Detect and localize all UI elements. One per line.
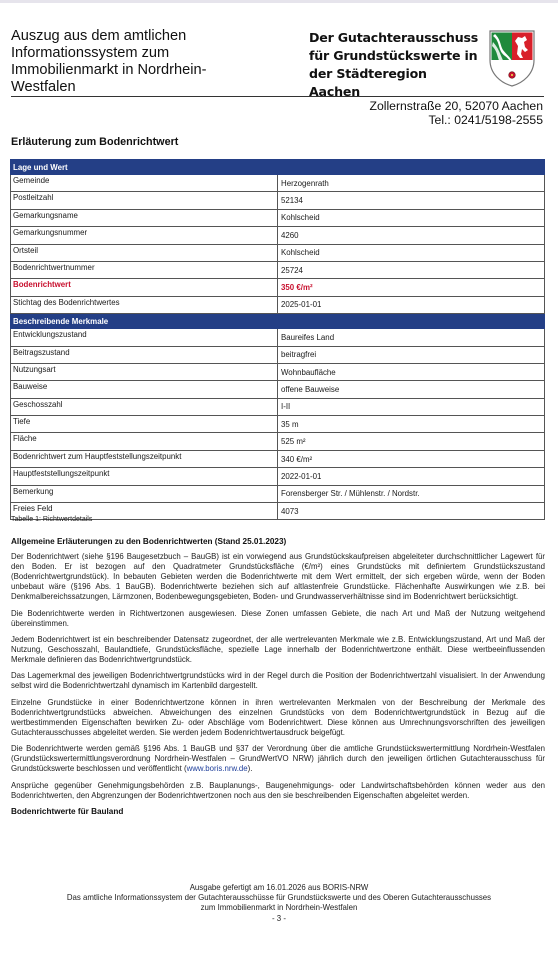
- row-label: Gemeinde: [11, 175, 278, 192]
- row-label: Bauweise: [11, 381, 278, 398]
- row-label: Postleitzahl: [11, 192, 278, 209]
- paragraph-with-link: Die Bodenrichtwerte werden gemäß §196 Ab…: [11, 744, 545, 774]
- row-value: Kohlscheid: [278, 209, 545, 226]
- address: Zollernstraße 20, 52070 Aachen: [370, 99, 543, 113]
- table-row: Hauptfeststellungszeitpunkt2022-01-01: [11, 468, 545, 485]
- section-title: Erläuterung zum Bodenrichtwert: [11, 136, 178, 148]
- authority-line: Der Gutachterausschuss: [309, 29, 479, 47]
- row-value: 340 €/m²: [278, 450, 545, 467]
- top-strip: [0, 0, 558, 3]
- table-row: GemarkungsnameKohlscheid: [11, 209, 545, 226]
- table-section-header: Lage und Wert: [11, 160, 545, 175]
- table-row: Tiefe35 m: [11, 416, 545, 433]
- row-label: Bodenrichtwertnummer: [11, 261, 278, 278]
- row-value: Herzogenrath: [278, 175, 545, 192]
- table-row: Stichtag des Bodenrichtwertes2025-01-01: [11, 296, 545, 313]
- row-value: I-II: [278, 398, 545, 415]
- table-section-header: Beschreibende Merkmale: [11, 314, 545, 329]
- row-label: Hauptfeststellungszeitpunkt: [11, 468, 278, 485]
- row-label: Ortsteil: [11, 244, 278, 261]
- row-value: Baureifes Land: [278, 329, 545, 346]
- footer-line: Ausgabe gefertigt am 16.01.2026 aus BORI…: [0, 883, 558, 893]
- table-row: Bodenrichtwertnummer25724: [11, 261, 545, 278]
- title-line: Westfalen: [11, 79, 266, 96]
- table-row: GemeindeHerzogenrath: [11, 175, 545, 192]
- row-label: Entwicklungszustand: [11, 329, 278, 346]
- row-label: Beitragszustand: [11, 346, 278, 363]
- row-value: Wohnbaufläche: [278, 363, 545, 380]
- paragraph-text: ).: [248, 764, 253, 773]
- row-value: Kohlscheid: [278, 244, 545, 261]
- section-header-label: Beschreibende Merkmale: [11, 314, 545, 329]
- nrw-coat-of-arms-icon: [487, 28, 537, 88]
- paragraph: Der Bodenrichtwert (siehe §196 Baugesetz…: [11, 552, 545, 602]
- boris-link[interactable]: www.boris.nrw.de: [187, 764, 248, 773]
- table-caption: Tabelle 1: Richtwertdetails: [11, 516, 92, 523]
- table-row: NutzungsartWohnbaufläche: [11, 363, 545, 380]
- paragraph: Ansprüche gegenüber Genehmigungsbehörden…: [11, 781, 545, 801]
- title-line: Immobilienmarkt in Nordrhein-: [11, 62, 266, 79]
- footer-line: Das amtliche Informationssystem der Guta…: [0, 893, 558, 903]
- table-row: EntwicklungszustandBaureifes Land: [11, 329, 545, 346]
- paragraph-text: Die Bodenrichtwerte werden gemäß §196 Ab…: [11, 744, 545, 773]
- explanations-heading: Allgemeine Erläuterungen zu den Bodenric…: [11, 537, 545, 547]
- row-label: Geschosszahl: [11, 398, 278, 415]
- document-title: Auszug aus dem amtlichen Informationssys…: [11, 28, 266, 96]
- title-line: Informationssystem zum: [11, 45, 266, 62]
- row-label: Gemarkungsnummer: [11, 227, 278, 244]
- row-label: Nutzungsart: [11, 363, 278, 380]
- table-row: Gemarkungsnummer4260: [11, 227, 545, 244]
- row-label: Tiefe: [11, 416, 278, 433]
- row-label: Bodenrichtwert zum Hauptfeststellungszei…: [11, 450, 278, 467]
- table-row: OrtsteilKohlscheid: [11, 244, 545, 261]
- row-value: 525 m²: [278, 433, 545, 450]
- table-row: BemerkungForensberger Str. / Mühlenstr. …: [11, 485, 545, 502]
- row-value: offene Bauweise: [278, 381, 545, 398]
- phone: Tel.: 0241/5198-2555: [370, 113, 543, 127]
- row-label: Bodenrichtwert: [11, 279, 278, 296]
- row-label: Gemarkungsname: [11, 209, 278, 226]
- table-row: Bodenrichtwert zum Hauptfeststellungszei…: [11, 450, 545, 467]
- row-value: 2022-01-01: [278, 468, 545, 485]
- header-divider: [11, 96, 544, 97]
- row-value: 350 €/m²: [278, 279, 545, 296]
- paragraph: Einzelne Grundstücke in einer Bodenricht…: [11, 698, 545, 738]
- table-row: Postleitzahl52134: [11, 192, 545, 209]
- row-label: Bemerkung: [11, 485, 278, 502]
- footer-line: zum Immobilienmarkt in Nordrhein-Westfal…: [0, 903, 558, 913]
- row-value: 35 m: [278, 416, 545, 433]
- page-footer: Ausgabe gefertigt am 16.01.2026 aus BORI…: [0, 883, 558, 924]
- row-value: 4073: [278, 503, 545, 520]
- authority-line: für Grundstückswerte in: [309, 47, 479, 65]
- section-header-label: Lage und Wert: [11, 160, 545, 175]
- contact-block: Zollernstraße 20, 52070 Aachen Tel.: 024…: [370, 99, 543, 127]
- table-row: Beitragszustandbeitragfrei: [11, 346, 545, 363]
- page-number: - 3 -: [0, 914, 558, 924]
- explanations: Allgemeine Erläuterungen zu den Bodenric…: [11, 537, 545, 817]
- paragraph: Das Lagemerkmal des jeweiligen Bodenrich…: [11, 671, 545, 691]
- table-row: GeschosszahlI-II: [11, 398, 545, 415]
- row-label: Fläche: [11, 433, 278, 450]
- authority-name: Der Gutachterausschuss für Grundstückswe…: [309, 29, 479, 101]
- richtwert-table: Lage und WertGemeindeHerzogenrathPostlei…: [10, 159, 545, 520]
- table-row: Fläche525 m²: [11, 433, 545, 450]
- row-value: 25724: [278, 261, 545, 278]
- row-value: 52134: [278, 192, 545, 209]
- paragraph: Jedem Bodenrichtwert ist ein beschreiben…: [11, 635, 545, 665]
- title-line: Auszug aus dem amtlichen: [11, 28, 266, 45]
- subheading: Bodenrichtwerte für Bauland: [11, 807, 545, 817]
- table-row: Bodenrichtwert350 €/m²: [11, 279, 545, 296]
- row-value: Forensberger Str. / Mühlenstr. / Nordstr…: [278, 485, 545, 502]
- table-row: Bauweiseoffene Bauweise: [11, 381, 545, 398]
- paragraph: Die Bodenrichtwerte werden in Richtwertz…: [11, 609, 545, 629]
- row-value: 4260: [278, 227, 545, 244]
- row-value: beitragfrei: [278, 346, 545, 363]
- row-value: 2025-01-01: [278, 296, 545, 313]
- row-label: Stichtag des Bodenrichtwertes: [11, 296, 278, 313]
